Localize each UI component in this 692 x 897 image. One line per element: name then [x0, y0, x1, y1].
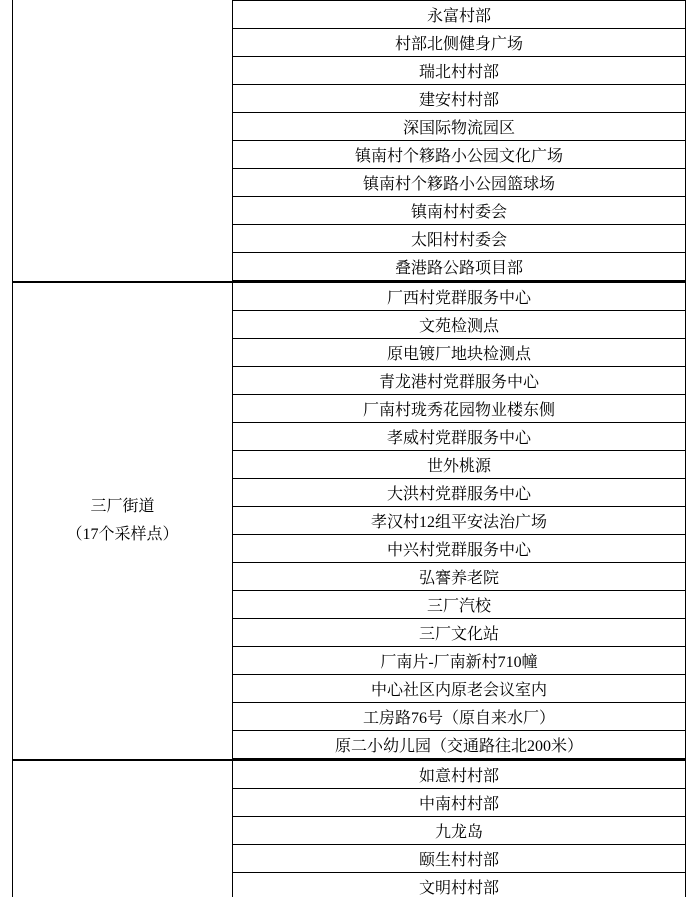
sample-point-row: 工房路76号（原自来水厂）	[233, 703, 685, 731]
sample-point-row: 大洪村党群服务中心	[233, 479, 685, 507]
sample-point-row: 镇南村村委会	[233, 197, 685, 225]
sample-point-row: 中兴村党群服务中心	[233, 535, 685, 563]
sample-point-row: 太阳村村委会	[233, 225, 685, 253]
sample-point-row: 永富村部	[233, 1, 685, 29]
sample-point-row: 三厂文化站	[233, 619, 685, 647]
sample-point-row: 弘謇养老院	[233, 563, 685, 591]
sampling-points-table: 永富村部 村部北侧健身广场 瑞北村村部 建安村村部 深国际物流园区 镇南村个簃路…	[12, 0, 686, 897]
sample-point-row: 青龙港村党群服务中心	[233, 367, 685, 395]
sample-point-row: 文明村村部	[233, 873, 685, 897]
section-group-1: 永富村部 村部北侧健身广场 瑞北村村部 建安村村部 深国际物流园区 镇南村个簃路…	[13, 0, 686, 281]
group-1-rows: 永富村部 村部北侧健身广场 瑞北村村部 建安村村部 深国际物流园区 镇南村个簃路…	[233, 0, 686, 281]
sample-point-row: 九龙岛	[233, 817, 685, 845]
sample-point-row: 原二小幼儿园（交通路往北200米）	[233, 731, 685, 759]
sample-point-row: 厂南片-厂南新村710幢	[233, 647, 685, 675]
sample-point-row: 孝威村党群服务中心	[233, 423, 685, 451]
group-1-label-cell	[13, 0, 233, 281]
sample-point-row: 中心社区内原老会议室内	[233, 675, 685, 703]
group-3-rows: 如意村村部 中南村村部 九龙岛 颐生村村部 文明村村部	[233, 761, 686, 897]
sample-point-row: 建安村村部	[233, 85, 685, 113]
sample-point-row: 中南村村部	[233, 789, 685, 817]
group-2-label-cell: 三厂街道 （17个采样点）	[13, 283, 233, 759]
sample-point-row: 厂西村党群服务中心	[233, 283, 685, 311]
sample-point-row: 颐生村村部	[233, 845, 685, 873]
sample-point-row: 三厂汽校	[233, 591, 685, 619]
sample-point-row: 文苑检测点	[233, 311, 685, 339]
document-page: 永富村部 村部北侧健身广场 瑞北村村部 建安村村部 深国际物流园区 镇南村个簃路…	[0, 0, 692, 897]
sample-point-row: 瑞北村村部	[233, 57, 685, 85]
sample-point-row: 叠港路公路项目部	[233, 253, 685, 281]
sample-point-row: 原电镀厂地块检测点	[233, 339, 685, 367]
section-group-2: 三厂街道 （17个采样点） 厂西村党群服务中心 文苑检测点 原电镀厂地块检测点 …	[13, 281, 686, 759]
sample-point-row: 孝汉村12组平安法治广场	[233, 507, 685, 535]
sample-count-note: （17个采样点）	[66, 521, 178, 549]
group-2-rows: 厂西村党群服务中心 文苑检测点 原电镀厂地块检测点 青龙港村党群服务中心 厂南村…	[233, 283, 686, 759]
street-name-label: 三厂街道	[90, 493, 154, 521]
sample-point-row: 深国际物流园区	[233, 113, 685, 141]
sample-point-row: 镇南村个簃路小公园文化广场	[233, 141, 685, 169]
section-group-3: 如意村村部 中南村村部 九龙岛 颐生村村部 文明村村部	[13, 759, 686, 897]
sample-point-row: 镇南村个簃路小公园篮球场	[233, 169, 685, 197]
sample-point-row: 村部北侧健身广场	[233, 29, 685, 57]
sample-point-row: 世外桃源	[233, 451, 685, 479]
sample-point-row: 厂南村珑秀花园物业楼东侧	[233, 395, 685, 423]
group-3-label-cell	[13, 761, 233, 897]
sample-point-row: 如意村村部	[233, 761, 685, 789]
